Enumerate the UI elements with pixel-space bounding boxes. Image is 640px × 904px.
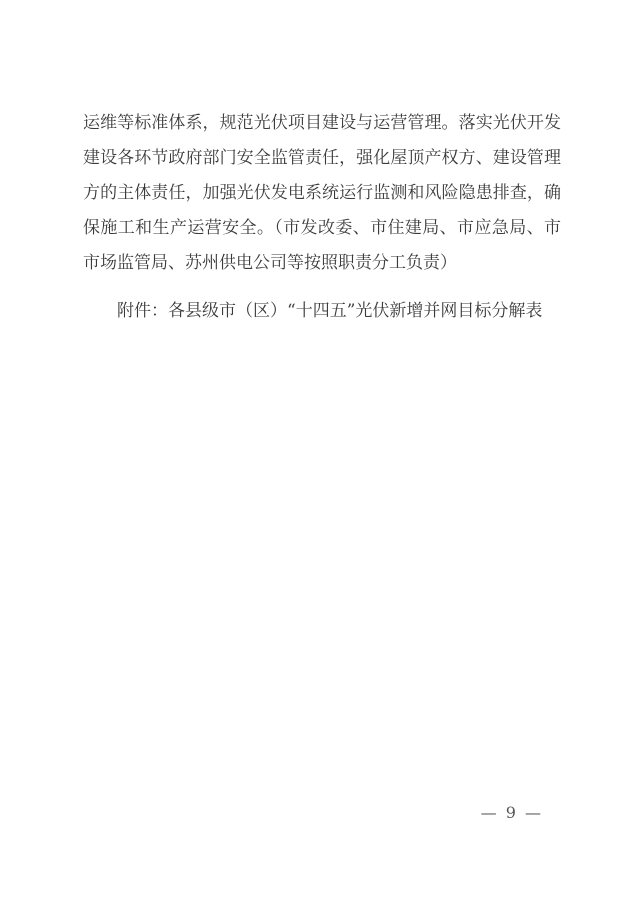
document-content: 运维等标准体系，规范光伏项目建设与运营管理。落实光伏开发建设各环节政府部门安全监… [83,106,561,329]
page-number: — 9 — [481,803,543,823]
attachment-line: 附件：各县级市（区）“十四五”光伏新增并网目标分解表 [83,294,561,329]
document-page: 运维等标准体系，规范光伏项目建设与运营管理。落实光伏开发建设各环节政府部门安全监… [0,0,640,904]
body-paragraph: 运维等标准体系，规范光伏项目建设与运营管理。落实光伏开发建设各环节政府部门安全监… [83,106,561,281]
